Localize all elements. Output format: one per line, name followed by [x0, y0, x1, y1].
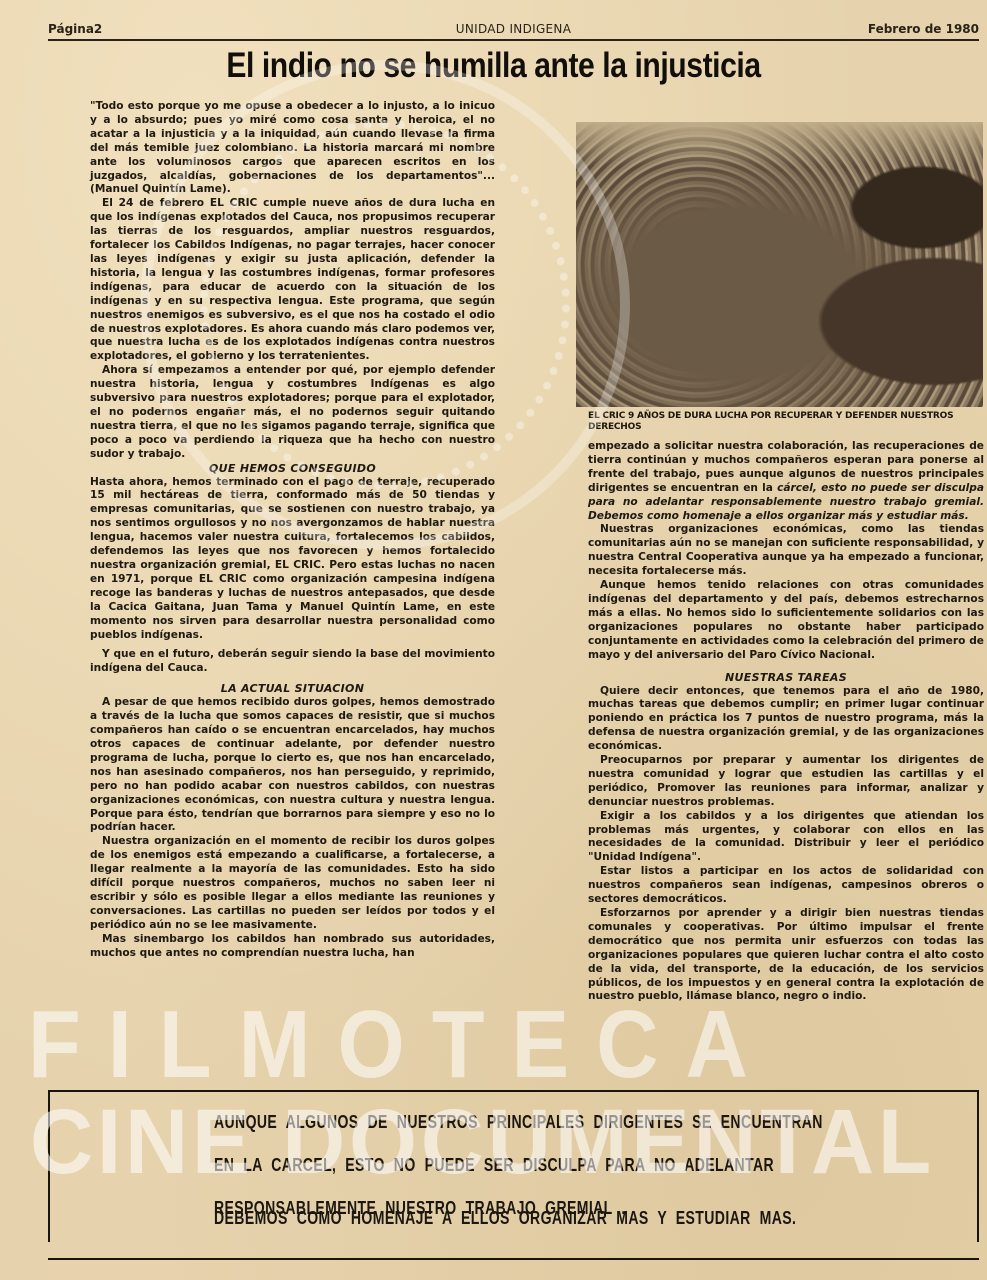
callout-line: AUNQUE ALGUNOS DE NUESTROS PRINCIPALES D…	[214, 1112, 744, 1133]
article-column-left: "Todo esto porque yo me opuse a obedecer…	[90, 100, 495, 960]
article-paragraph: Preocuparnos por preparar y aumentar los…	[588, 754, 984, 810]
article-paragraph: A pesar de que hemos recibido duros golp…	[90, 696, 495, 835]
news-photo	[576, 122, 983, 407]
article-paragraph: Esforzarnos por aprender y a dirigir bie…	[588, 907, 984, 1004]
masthead: Página2 UNIDAD INDIGENA Febrero de 1980	[48, 18, 979, 40]
photo-caption: EL CRIC 9 AÑOS DE DURA LUCHA POR RECUPER…	[588, 411, 978, 433]
page-headline: El indio no se humilla ante la injustici…	[69, 46, 918, 86]
section-heading-tareas: NUESTRAS TAREAS	[588, 671, 984, 685]
article-paragraph: Ahora sí empezamos a entender por qué, p…	[90, 364, 495, 461]
bottom-rule	[48, 1258, 979, 1260]
article-column-right: empezado a solicitar nuestra colaboració…	[588, 440, 984, 1004]
section-heading-conseguido: QUE HEMOS CONSEGUIDO	[90, 462, 495, 476]
article-paragraph: Hasta ahora, hemos terminado con el pago…	[90, 476, 495, 643]
article-paragraph: Mas sinembargo los cabildos han nombrado…	[90, 933, 495, 961]
article-paragraph: Estar listos a participar en los actos d…	[588, 865, 984, 907]
masthead-rule	[48, 39, 979, 41]
article-paragraph: Y que en el futuro, deberán seguir siend…	[90, 648, 495, 676]
article-paragraph: Nuestra organización en el momento de re…	[90, 835, 495, 932]
callout-line: EN LA CARCEL, ESTO NO PUEDE SER DISCULPA…	[214, 1155, 744, 1176]
issue-date: Febrero de 1980	[868, 22, 979, 36]
article-paragraph: Nuestras organizaciones económicas, como…	[588, 523, 984, 579]
article-paragraph: Exigir a los cabildos y a los dirigentes…	[588, 810, 984, 866]
article-paragraph: empezado a solicitar nuestra colaboració…	[588, 440, 984, 523]
callout-line: DEBEMOS COMO HOMENAJE A ELLOS ORGANIZAR …	[214, 1208, 744, 1229]
publication-name: UNIDAD INDIGENA	[48, 22, 979, 36]
article-paragraph: Quiere decir entonces, que tenemos para …	[588, 685, 984, 755]
section-heading-situacion: LA ACTUAL SITUACION	[90, 682, 495, 696]
article-quote: "Todo esto porque yo me opuse a obedecer…	[90, 100, 495, 197]
article-paragraph: El 24 de febrero EL CRIC cumple nueve añ…	[90, 197, 495, 364]
article-paragraph: Aunque hemos tenido relaciones con otras…	[588, 579, 984, 662]
